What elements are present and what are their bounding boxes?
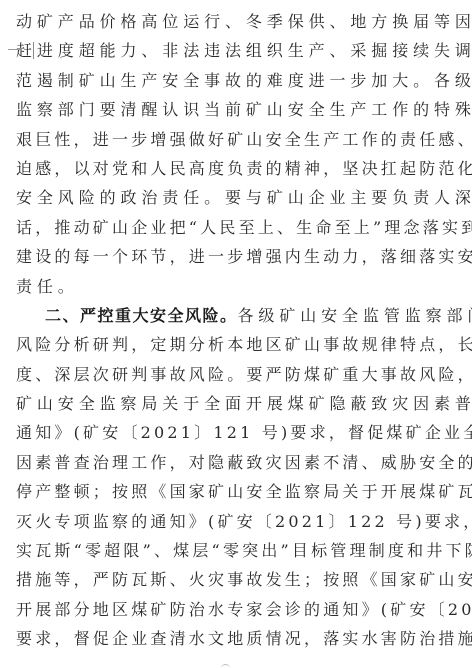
text-line: 停产整顿；按照《国家矿山安全监察局关于开展煤矿瓦斯防治和防 [16,477,446,506]
page-bottom-mark [221,664,230,668]
text-line: 话，推动矿山企业把“人民至上、生命至上”理念落实到生产、经营、 [16,213,446,242]
text-line-with-cursor[interactable]: 赶进度超能力、非法违法组织生产、采掘接续失调等风险加剧，防 [16,36,446,65]
text-line: 措施等，严防瓦斯、火灾事故发生；按照《国家矿山安全监察局关于 [16,565,446,594]
text-line: 矿山安全监察局关于全面开展煤矿隐蔽致灾因素普查治理工作的 [16,389,446,418]
text-line: 监察部门要清醒认识当前矿山安全生产工作的特殊性、复杂性和 [16,95,446,124]
document-page: 动矿产品价格高位运行、冬季保供、地方换届等因素影响下，企业 赶进度超能力、非法违… [16,7,446,654]
margin-underline-mark [8,49,22,50]
paragraph-2: 二、严控重大安全风险。各级矿山安全监管监察部门要强化 风险分析研判，定期分析本地… [16,301,446,654]
text-fragment: 进度超能力、非法违法组织生产、采掘接续失调等风险加剧，防 [37,41,472,60]
text-cursor [33,42,34,59]
text-line: 要求，督促企业查清水文地质情况，落实水害防治措施，严防透水 [16,624,446,653]
text-line: 灭火专项监察的通知》(矿安〔2021〕122 号)要求，督促企业严格落 [16,507,446,536]
text-line: 风险分析研判，定期分析本地区矿山事故规律特点，长周期、多维 [16,330,446,359]
text-line: 责任。 [16,272,446,301]
section-heading: 二、严控重大安全风险。 [45,306,238,325]
text-line: 因素普查治理工作，对隐蔽致灾因素不清、威胁安全的，依法责令 [16,448,446,477]
text-line: 艰巨性，进一步增强做好矿山安全生产工作的责任感、使命感和紧 [16,125,446,154]
text-fragment: 各级矿山安全监管监察部门要强化 [238,306,472,325]
text-line: 动矿产品价格高位运行、冬季保供、地方换届等因素影响下，企业 [16,7,446,36]
text-line: 通知》(矿安〔2021〕121 号)要求，督促煤矿企业全面开展隐蔽致灾 [16,418,446,447]
text-line: 安全风险的政治责任。要与矿山企业主要负责人深入开展谈心谈 [16,183,446,212]
text-line: 迫感，以对党和人民高度负责的精神，坚决扛起防范化解矿山重大 [16,154,446,183]
section-heading-line: 二、严控重大安全风险。各级矿山安全监管监察部门要强化 [16,301,446,330]
text-line: 实瓦斯“零超限”、煤层“零突出”目标管理制度和井下防灭火综合 [16,536,446,565]
text-line: 范遏制矿山生产安全事故的难度进一步加大。各级矿山安全监管 [16,66,446,95]
paragraph-1: 动矿产品价格高位运行、冬季保供、地方换届等因素影响下，企业 赶进度超能力、非法违… [16,7,446,301]
text-line: 度、深层次研判事故风险。要严防煤矿重大事故风险，按照《国家 [16,360,446,389]
text-line: 开展部分地区煤矿防治水专家会诊的通知》(矿安〔2021〕119 号) [16,595,446,624]
text-line: 建设的每一个环节，进一步增强内生动力，落细落实安全生产主体 [16,242,446,271]
